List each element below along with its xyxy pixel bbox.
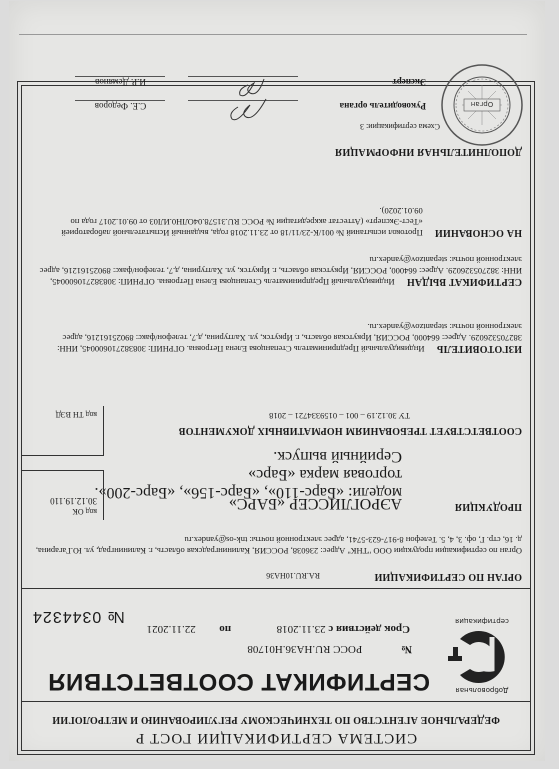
svg-text:Добровольная: Добровольная <box>456 686 509 694</box>
head-signature <box>188 100 298 113</box>
svg-text:сертификация: сертификация <box>455 617 509 625</box>
basis-text: Протокол испытаний № 001/К-23/11/18 от 2… <box>53 205 423 238</box>
head-signature-row: Руководитель органа С.Е. Федоров <box>76 100 427 113</box>
basis-section: НА ОСНОВАНИИ Протокол испытаний № 001/К-… <box>22 201 530 242</box>
svg-text:Орган: Орган <box>471 100 494 108</box>
to-date: 22.11.2021 <box>147 623 196 635</box>
certification-body-label: ОРГАН ПО СЕРТИФИКАЦИИ <box>374 571 522 582</box>
additional-info-label: ДОПОЛНИТЕЛЬНАЯ ИНФОРМАЦИЯ <box>30 146 522 157</box>
ok-code-value: 30.12.19.110 <box>28 496 97 506</box>
product-trademark: торговая марка «Барс» <box>95 465 402 483</box>
agency-name: ФЕДЕРАЛЬНОЕ АГЕНТСТВО ПО ТЕХНИЧЕСКОМУ РЕ… <box>22 714 530 725</box>
expert-signature <box>188 76 298 89</box>
signature-area: Орган Руководитель органа С.Е. Федоров Э… <box>22 31 530 117</box>
basis-label: НА ОСНОВАНИИ <box>435 227 522 238</box>
expert-role: Эксперт <box>300 77 426 87</box>
to-label: по <box>219 623 231 635</box>
product-models: модели: «Барс-110», «Барс-156», «Барс-20… <box>95 483 402 501</box>
certificate-number: № РОСС RU.НА36.Н01708 <box>247 643 412 655</box>
issued-to-section: СЕРТИФИКАТ ВЫДАН Индивидуальный Предприн… <box>22 250 530 291</box>
signature-scribble-icon <box>158 75 268 101</box>
blank-number: № 0344324 <box>32 607 125 625</box>
head-role: Руководитель органа <box>300 101 426 111</box>
certificate-frame: СИСТЕМА СЕРТИФИКАЦИИ ГОСТ Р ФЕДЕРАЛЬНОЕ … <box>21 85 531 751</box>
page-edge-line <box>19 34 527 35</box>
rst-logo-icon: Добровольная сертификация <box>442 617 522 697</box>
from-date: 23.11.2018 <box>277 623 326 635</box>
certification-body-section: ОРГАН ПО СЕРТИФИКАЦИИ RA.RU.10НА36 Орган… <box>22 534 530 588</box>
certification-body-address: Орган по сертификации продукции ООО "ТНК… <box>30 534 522 556</box>
paper-sheet: СИСТЕМА СЕРТИФИКАЦИИ ГОСТ Р ФЕДЕРАЛЬНОЕ … <box>9 1 545 761</box>
product-section: ПРОДУКЦИЯ АЭРОГЛИССЕР «БАРС» модели: «Ба… <box>22 456 530 520</box>
expert-name: И.Р. Демянов <box>76 76 166 87</box>
number-label: № <box>401 643 412 655</box>
scanned-certificate: СИСТЕМА СЕРТИФИКАЦИИ ГОСТ Р ФЕДЕРАЛЬНОЕ … <box>0 0 559 769</box>
manufacturer-section: ИЗГОТОВИТЕЛЬ Индивидуальный Предпринимат… <box>22 317 530 358</box>
number-value: РОСС RU.НА36.Н01708 <box>247 643 362 655</box>
tnved-code-box: код ТН ВЭД <box>22 406 104 456</box>
system-header: СИСТЕМА СЕРТИФИКАЦИИ ГОСТ Р ФЕДЕРАЛЬНОЕ … <box>22 701 530 750</box>
signature-scribble-icon <box>158 97 268 127</box>
certificate-title: СЕРТИФИКАТ СООТВЕТСТВИЯ <box>48 667 430 695</box>
conformity-label: СООТВЕТСТВУЕТ ТРЕБОВАНИЯМ НОРМАТИВНЫХ ДО… <box>179 425 522 436</box>
validity-label: Срок действия <box>336 623 410 635</box>
product-label: ПРОДУКЦИЯ <box>455 501 522 512</box>
expert-signature-row: Эксперт И.Р. Демянов <box>76 76 427 89</box>
from-label: с <box>328 623 333 635</box>
seal-stamp-icon: Орган <box>440 63 524 147</box>
ok-code-label: код ОК <box>28 507 97 516</box>
system-title: СИСТЕМА СЕРТИФИКАЦИИ ГОСТ Р <box>22 729 530 750</box>
validity-period: Срок действия с 23.11.2018 по 22.11.2021 <box>147 623 410 635</box>
issued-to-label: СЕРТИФИКАТ ВЫДАН <box>407 276 522 287</box>
manufacturer-label: ИЗГОТОВИТЕЛЬ <box>437 343 522 354</box>
certification-body-code: RA.RU.10НА36 <box>266 570 320 581</box>
head-name: С.Е. Федоров <box>76 100 166 111</box>
tnved-label: код ТН ВЭД <box>56 410 97 419</box>
certificate-header: Добровольная сертификация СЕРТИФИКАТ СОО… <box>22 588 530 701</box>
conformity-standard: ТУ 30.12.19 – 001 – 0159334721 – 2018 <box>269 411 410 421</box>
conformity-section: СООТВЕТСТВУЕТ ТРЕБОВАНИЯМ НОРМАТИВНЫХ ДО… <box>22 386 530 456</box>
ok-code-box: код ОК 30.12.19.110 <box>22 470 104 520</box>
